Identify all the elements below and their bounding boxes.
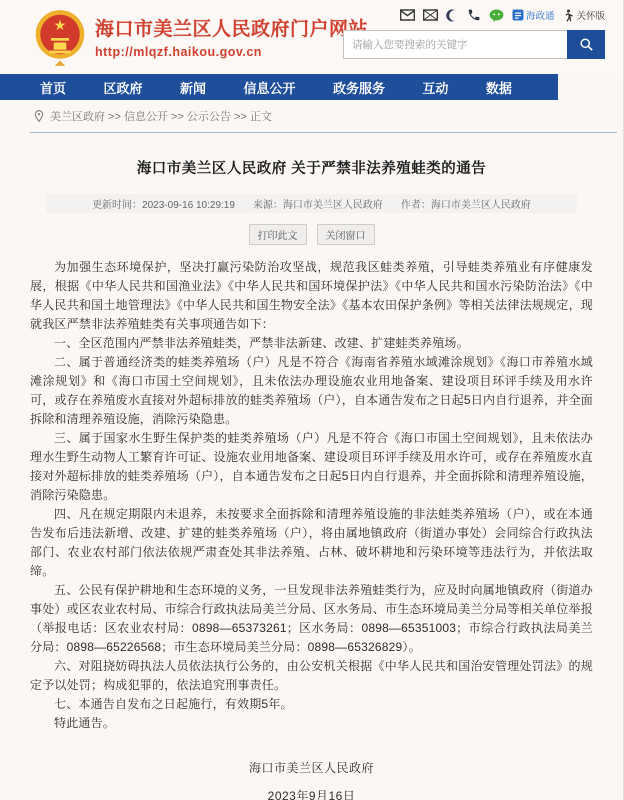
- nav-item-services[interactable]: 政务服务: [333, 78, 385, 97]
- utility-icon-row: 海政通 关怀版: [343, 4, 605, 26]
- accessibility-icon: [562, 9, 574, 22]
- signature-org: 海口市美兰区人民政府: [30, 759, 593, 776]
- notice-paragraph-intro: 为加强生态环境保护，坚决打赢污染防治攻坚战，规范我区蛙类养殖，引导蛙类养殖业有序…: [30, 258, 593, 334]
- close-window-button[interactable]: 关闭窗口: [317, 224, 375, 245]
- phone-icon[interactable]: [467, 8, 481, 22]
- nav-item-news[interactable]: 新闻: [180, 78, 206, 97]
- site-header: ★ 海口市美兰区人民政府门户网站 http://mlqzf.haikou.gov…: [0, 0, 623, 74]
- site-brand[interactable]: ★ 海口市美兰区人民政府门户网站 http://mlqzf.haikou.gov…: [33, 8, 368, 68]
- notice-body: 为加强生态环境保护，坚决打赢污染防治攻坚战，规范我区蛙类养殖，引导蛙类养殖业有序…: [30, 258, 593, 733]
- article-actions: 打印此文 关闭窗口: [30, 224, 593, 245]
- svg-text:★: ★: [54, 18, 67, 34]
- mailbox-icon[interactable]: [423, 9, 438, 21]
- meta-author: 作者：海口市美兰区人民政府: [401, 196, 531, 211]
- notice-paragraph-item2: 二、属于普通经济类的蛙类养殖场（户）凡是不符合《海南省养殖水域滩涂规划》《海口市…: [30, 353, 593, 429]
- meta-source: 来源：海口市美兰区人民政府: [253, 196, 383, 211]
- nav-item-disclosure[interactable]: 信息公开: [243, 78, 295, 97]
- location-pin-icon: [34, 110, 44, 122]
- print-button[interactable]: 打印此文: [249, 224, 307, 245]
- notice-paragraph-item4: 四、凡在规定期限内未退养，未按要求全面拆除和清理养殖设施的非法蛙类养殖场（户），…: [30, 505, 593, 581]
- main-nav: 首页 区政府 新闻 信息公开 政务服务 互动 数据: [0, 74, 558, 100]
- search-input[interactable]: [343, 30, 567, 59]
- notice-paragraph-item6: 六、对阻挠妨碍执法人员依法执行公务的，由公安机关根据《中华人民共和国治安管理处罚…: [30, 657, 593, 695]
- notice-paragraph-item5: 五、公民有保护耕地和生态环境的义务，一旦发现非法养殖蛙类行为，应及时向属地镇政府…: [30, 581, 593, 657]
- signature-block: 海口市美兰区人民政府 2023年9月16日: [30, 759, 593, 800]
- national-emblem-icon: ★: [33, 8, 87, 68]
- page-title: 海口市美兰区人民政府 关于严禁非法养殖蛙类的通告: [30, 157, 593, 178]
- search-button[interactable]: [567, 30, 605, 59]
- wechat-icon[interactable]: [489, 9, 504, 22]
- content-divider: [30, 132, 617, 133]
- care-version-link[interactable]: 关怀版: [562, 8, 605, 22]
- article-meta-bar: 更新时间：2023-09-16 10:29:19 来源：海口市美兰区人民政府 作…: [46, 194, 577, 213]
- header-utilities: 海政通 关怀版: [343, 4, 605, 59]
- signature-date: 2023年9月16日: [30, 787, 593, 800]
- search-icon: [579, 37, 594, 52]
- nav-item-home[interactable]: 首页: [40, 78, 66, 97]
- portal-page: ★ 海口市美兰区人民政府门户网站 http://mlqzf.haikou.gov…: [0, 0, 624, 800]
- site-url[interactable]: http://mlqzf.haikou.gov.cn: [95, 45, 368, 59]
- haizhengtong-link[interactable]: 海政通: [512, 8, 555, 22]
- nav-item-data[interactable]: 数据: [486, 78, 512, 97]
- breadcrumb-path[interactable]: 美兰区政府 >> 信息公开 >> 公示公告 >> 正文: [50, 108, 272, 124]
- notice-paragraph-closing: 特此通告。: [30, 714, 593, 733]
- meta-updated: 更新时间：2023-09-16 10:29:19: [92, 196, 235, 211]
- nav-item-interaction[interactable]: 互动: [422, 78, 448, 97]
- email-icon[interactable]: [400, 9, 415, 21]
- site-title: 海口市美兰区人民政府门户网站: [95, 14, 368, 41]
- brand-text: 海口市美兰区人民政府门户网站 http://mlqzf.haikou.gov.c…: [95, 8, 368, 59]
- notice-article: 海口市美兰区人民政府 关于严禁非法养殖蛙类的通告 更新时间：2023-09-16…: [0, 157, 623, 800]
- moon-icon[interactable]: [446, 9, 459, 22]
- breadcrumb: 美兰区政府 >> 信息公开 >> 公示公告 >> 正文: [0, 100, 623, 132]
- nav-item-government[interactable]: 区政府: [103, 78, 142, 97]
- notice-paragraph-item1: 一、全区范围内严禁非法养殖蛙类，严禁非法新建、改建、扩建蛙类养殖场。: [30, 334, 593, 353]
- site-search: [343, 30, 605, 59]
- haizhengtong-icon: [512, 9, 524, 21]
- notice-paragraph-item7: 七、本通告自发布之日起施行，有效期5年。: [30, 695, 593, 714]
- notice-paragraph-item3: 三、属于国家水生野生保护类的蛙类养殖场（户）凡是不符合《海口市国土空间规划》，且…: [30, 429, 593, 505]
